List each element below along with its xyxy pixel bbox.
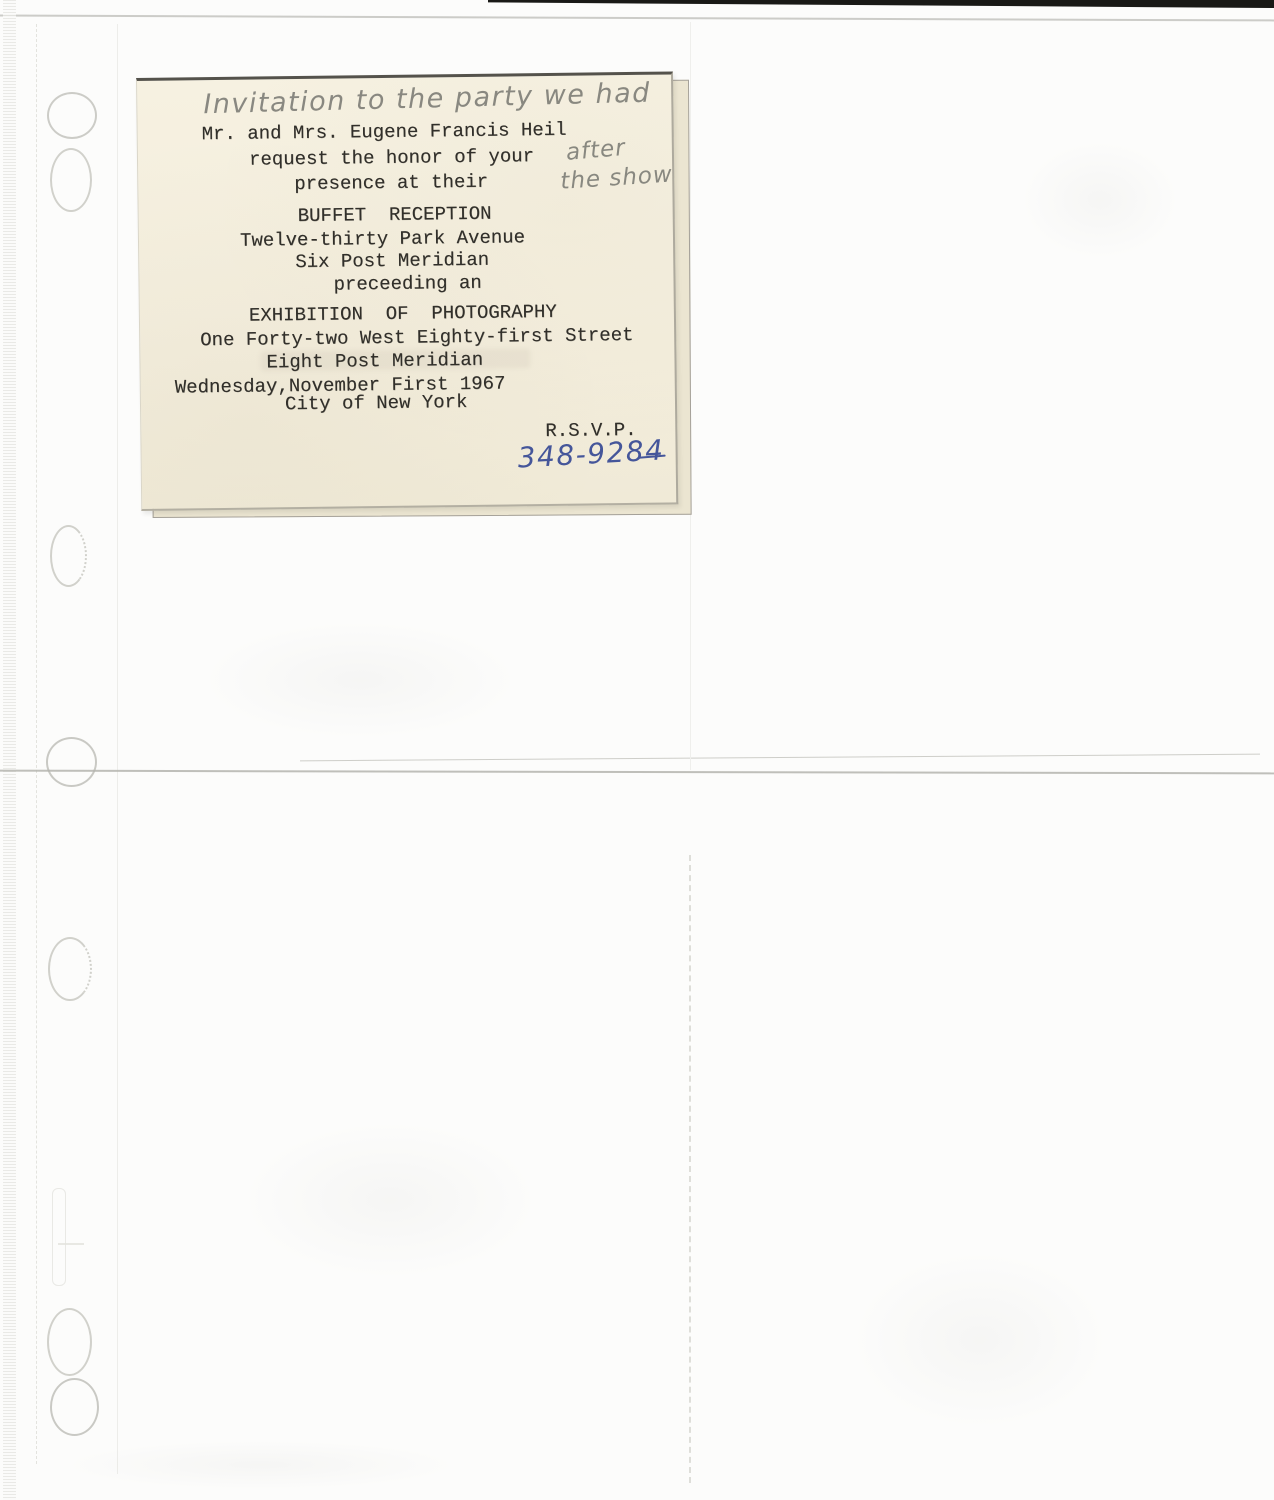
binder-rib-strip [3,0,16,1500]
typed-line-six-pm: Six Post Meridian [295,250,489,272]
typed-line-eight-pm: Eight Post Meridian [266,350,483,373]
binder-hole [47,1308,92,1376]
sleeve-emboss-mark [52,1188,66,1286]
typed-line-street-address: One Forty-two West Eighty-first Street [200,325,633,350]
scan-smudge [60,1440,460,1490]
scan-smudge [240,1120,540,1280]
scanned-album-page: Invitation to the party we had Mr. and M… [0,0,1274,1500]
typed-line-city: City of New York [285,392,468,414]
scanner-edge-strip [488,0,1274,8]
sleeve-emboss-tick [58,1243,84,1245]
binder-hole [47,92,97,139]
scan-smudge [850,1250,1110,1430]
binder-hole [50,1378,99,1436]
pocket-seam-vertical-stitched [689,855,691,1483]
sleeve-left-seam-inner [117,24,118,1474]
binder-hole [50,148,92,212]
scan-smudge [1020,140,1180,260]
typed-line-exhibition: EXHIBITION OF PHOTOGRAPHY [249,302,557,326]
typed-line-park-avenue: Twelve-thirty Park Avenue [240,227,525,250]
sleeve-left-seam [36,24,37,1464]
typed-line-buffet-reception: BUFFET RECEPTION [298,204,492,226]
pencil-annotation-after: after [565,135,627,166]
typed-line-presence: presence at their [294,172,488,194]
scan-smudge [200,620,520,740]
pocket-seam-horizontal [0,770,1274,775]
binder-hole [46,737,97,787]
pocket-seam-upper [300,754,1260,762]
invitation-card: Invitation to the party we had Mr. and M… [136,71,678,511]
typed-line-hosts: Mr. and Mrs. Eugene Francis Heil [202,120,567,144]
typed-line-preceding: preceeding an [333,273,481,295]
typed-line-request: request the honor of your [249,146,534,169]
sleeve-top-seam [0,15,1274,22]
binder-hole [50,525,87,587]
binder-hole [48,937,92,1001]
